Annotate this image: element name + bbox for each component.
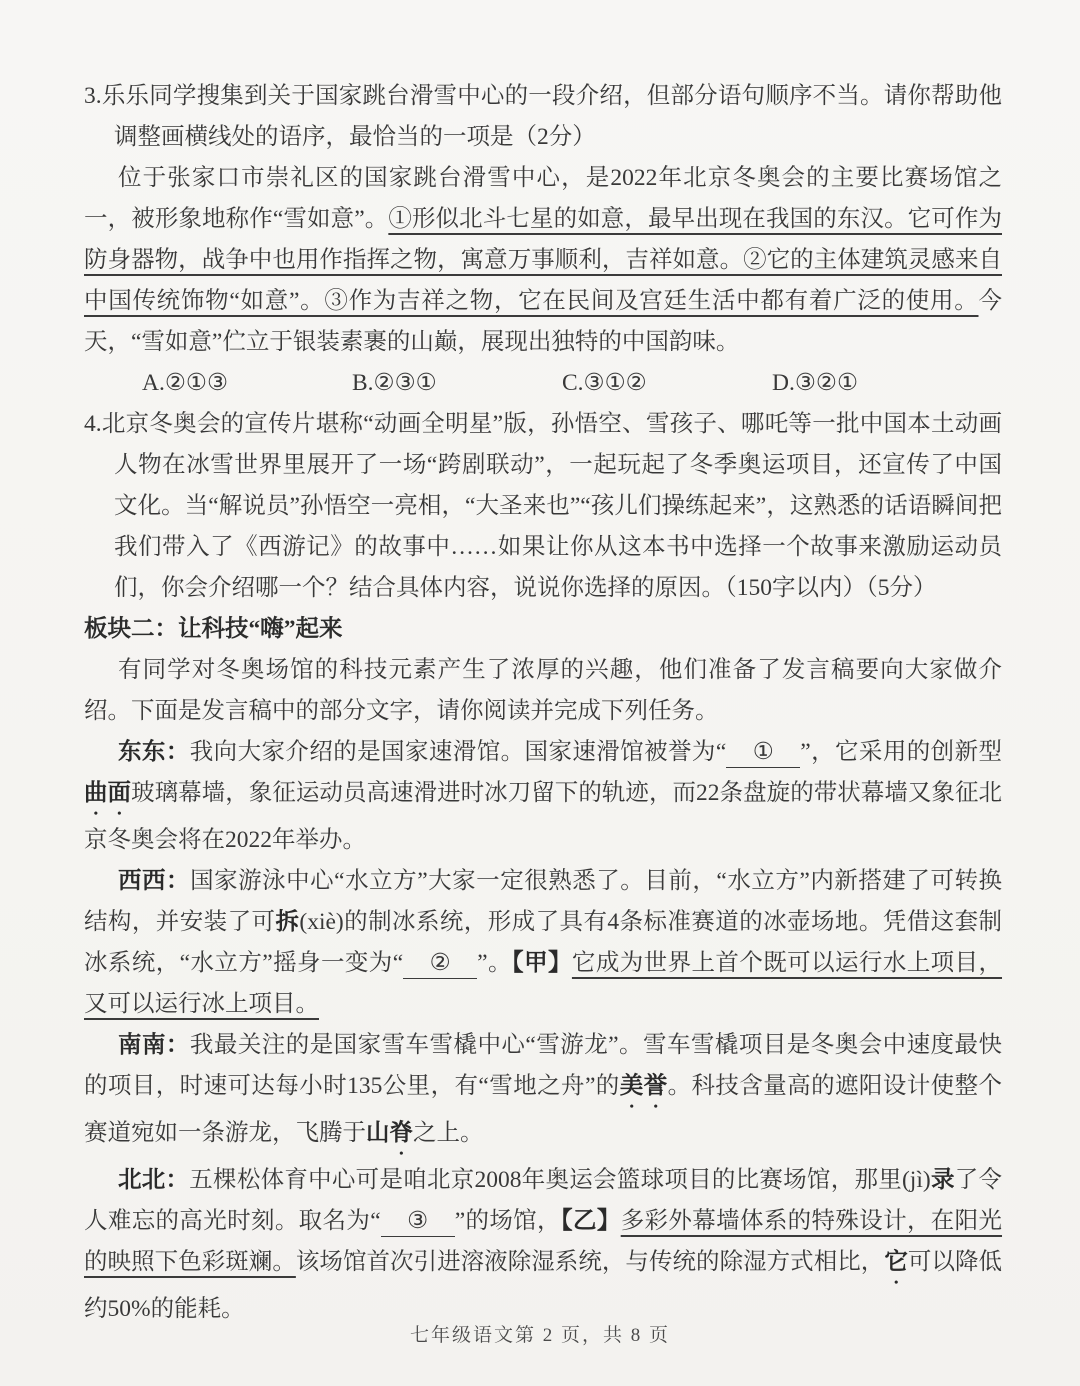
text-segment: ”的场馆， xyxy=(455,1208,561,1234)
speech-beibei: 北北：五棵松体育中心可是咱北京2008年奥运会篮球项目的比赛场馆，那里(jì)录… xyxy=(84,1160,1002,1330)
page-footer: 七年级语文第 2 页，共 8 页 xyxy=(0,1315,1080,1356)
emphasized-ji: 脊 xyxy=(390,1120,414,1146)
exam-page: 3.乐乐同学搜集到关于国家跳台滑雪中心的一段介绍，但部分语句顺序不当。请你帮助他… xyxy=(0,0,1080,1386)
question-4-number: 4. xyxy=(84,411,102,437)
question-4-stem: 北京冬奥会的宣传片堪称“动画全明星”版，孙悟空、雪孩子、哪吒等一批中国本土动画人… xyxy=(102,411,1002,601)
question-3-number: 3. xyxy=(84,83,102,109)
text-segment: 之上。 xyxy=(413,1120,484,1146)
emphasized-meiyu: 美誉 xyxy=(620,1073,668,1099)
text-segment: 我向大家介绍的是国家速滑馆。国家速滑馆被誉为“ xyxy=(190,739,727,765)
option-b: B.②③① xyxy=(352,363,562,404)
question-3-options: A.②①③B.②③①C.③①②D.③②① xyxy=(84,363,1002,404)
section-2-heading: 板块二：让科技“嗨”起来 xyxy=(84,609,1002,650)
blank-circle-1: ① xyxy=(726,738,800,768)
question-3-stem: 乐乐同学搜集到关于国家跳台滑雪中心的一段介绍，但部分语句顺序不当。请你帮助他调整… xyxy=(102,83,1002,150)
marker-yi: 【乙】 xyxy=(561,1208,621,1234)
speaker-xixi: 西西： xyxy=(118,868,190,894)
text-segment: 玻璃幕墙，象征运动员高速滑进时冰刀留下的轨迹，而22条盘旋的带状幕墙又象征北京冬… xyxy=(84,780,1002,853)
option-c: C.③①② xyxy=(562,363,772,404)
emphasized-qumian: 曲面 xyxy=(84,780,131,806)
bold-chai: 拆 xyxy=(275,909,299,935)
speaker-dongdong: 东东： xyxy=(118,739,190,765)
text-segment: 该场馆首次引进溶液除湿系统，与传统的除湿方式相比， xyxy=(296,1249,885,1275)
blank-circle-2: ② xyxy=(403,949,477,979)
emphasized-ta: 它 xyxy=(884,1249,908,1275)
bold-lu: 录 xyxy=(931,1167,955,1193)
question-3-passage: 位于张家口市崇礼区的国家跳台滑雪中心，是2022年北京冬奥会的主要比赛场馆之一，… xyxy=(84,158,1002,363)
blank-circle-3: ③ xyxy=(381,1207,455,1237)
section-2-intro: 有同学对冬奥场馆的科技元素产生了浓厚的兴趣，他们准备了发言稿要向大家做介绍。下面… xyxy=(84,650,1002,732)
option-d: D.③②① xyxy=(772,363,858,404)
speech-xixi: 西西：国家游泳中心“水立方”大家一定很熟悉了。目前，“水立方”内新搭建了可转换结… xyxy=(84,861,1002,1025)
bold-shan: 山 xyxy=(366,1120,390,1146)
speaker-nannan: 南南： xyxy=(118,1032,190,1058)
option-a: A.②①③ xyxy=(142,363,352,404)
question-4: 4.北京冬奥会的宣传片堪称“动画全明星”版，孙悟空、雪孩子、哪吒等一批中国本土动… xyxy=(84,404,1002,609)
speaker-beibei: 北北： xyxy=(118,1167,189,1193)
speech-dongdong: 东东：我向大家介绍的是国家速滑馆。国家速滑馆被誉为“①”，它采用的创新型曲面玻璃… xyxy=(84,732,1002,861)
text-segment: 五棵松体育中心可是咱北京2008年奥运会篮球项目的比赛场馆，那里(jì) xyxy=(189,1167,930,1193)
question-3: 3.乐乐同学搜集到关于国家跳台滑雪中心的一段介绍，但部分语句顺序不当。请你帮助他… xyxy=(84,76,1002,158)
text-segment: ”。 xyxy=(477,950,512,976)
text-segment: ”，它采用的创新型 xyxy=(800,739,1002,765)
marker-jia: 【甲】 xyxy=(512,950,572,976)
speech-nannan: 南南：我最关注的是国家雪车雪橇中心“雪游龙”。雪车雪橇项目是冬奥会中速度最快的项… xyxy=(84,1025,1002,1160)
